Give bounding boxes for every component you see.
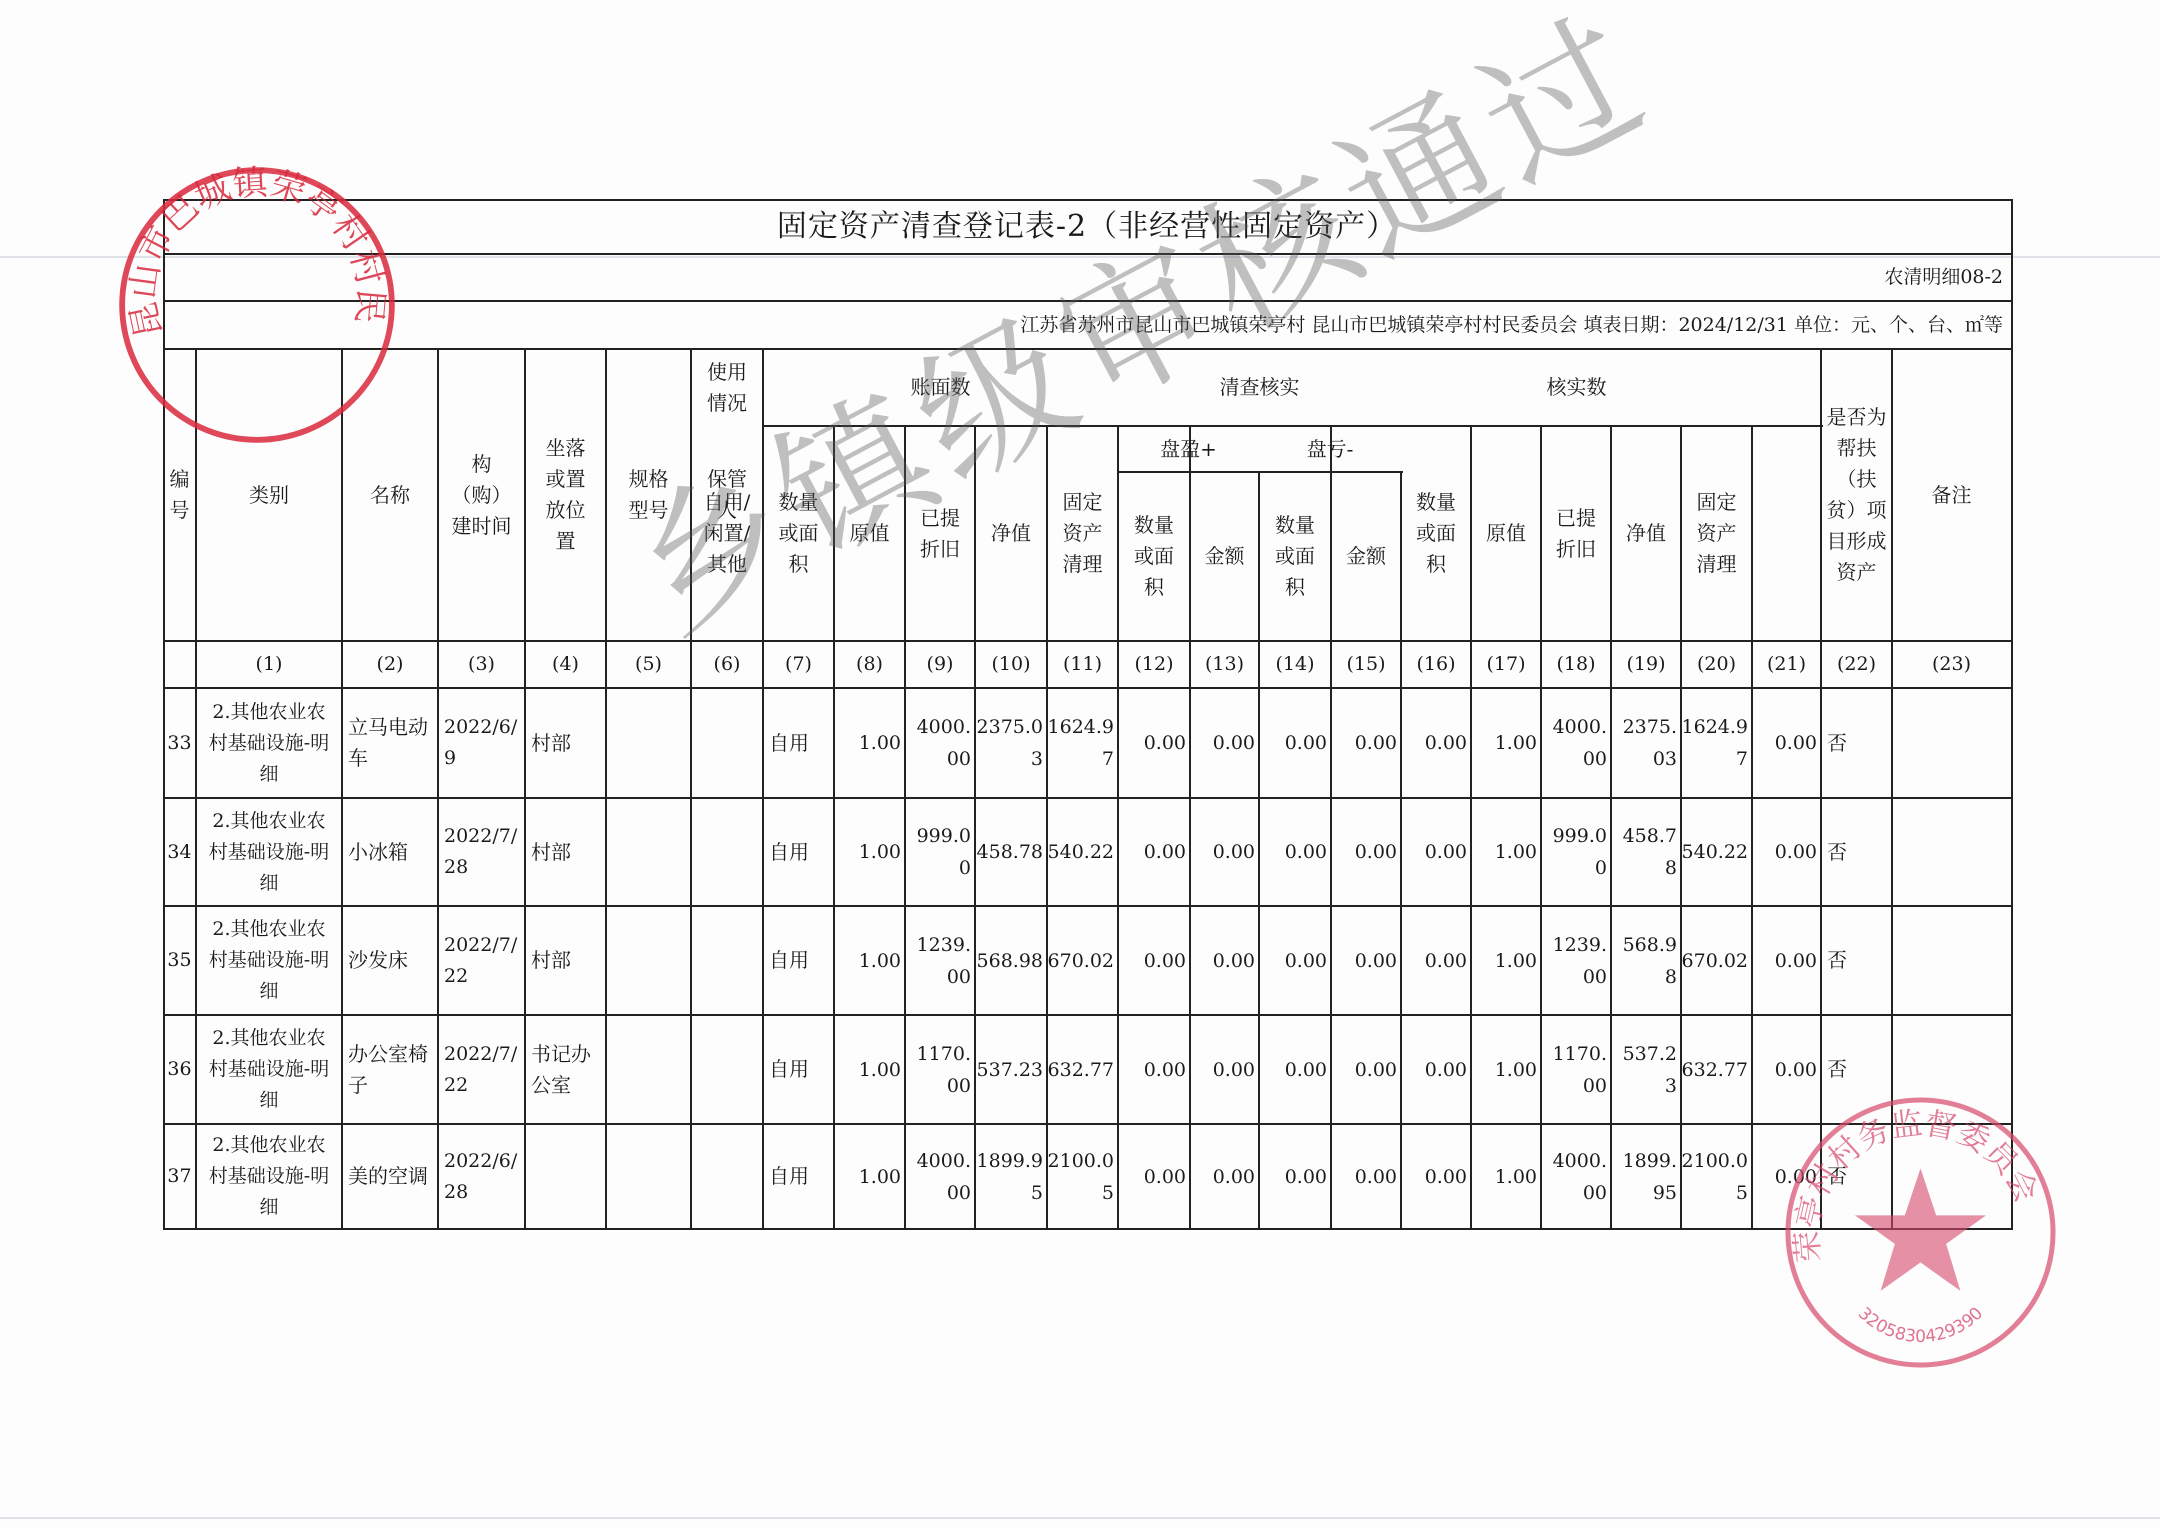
table-row-36-surplus-amt: 0.00 xyxy=(1259,1015,1331,1124)
header-remark: 备注 xyxy=(1892,349,2011,641)
table-row-34-book-net: 540.22 xyxy=(1047,798,1118,906)
header-surplus-group: 盘盈+ xyxy=(1118,426,1259,472)
table-row-35-poverty: 否 xyxy=(1821,906,1892,1015)
table-row-36-number: 36 xyxy=(163,1015,196,1124)
table-row-33-remark xyxy=(1892,688,2011,798)
table-row-36-ver-depr: 537.23 xyxy=(1611,1015,1681,1124)
table-row-36-ver-disposal: 0.00 xyxy=(1752,1015,1821,1124)
table-row-35-surplus-qty: 0.00 xyxy=(1190,906,1259,1015)
table-row-34-location: 村部 xyxy=(525,798,606,906)
table-row-35-book-net: 670.02 xyxy=(1047,906,1118,1015)
sheet-info-line: 江苏省苏州市昆山市巴城镇荣亭村 昆山市巴城镇荣亭村村民委员会 填表日期：2024… xyxy=(163,301,2011,349)
table-row-34-book-depr: 458.78 xyxy=(975,798,1047,906)
table-row-34-ver-qty: 1.00 xyxy=(1471,798,1541,906)
table-row-37-book-depr: 1899.95 xyxy=(975,1124,1047,1229)
table-row-37-ver-depr: 1899.95 xyxy=(1611,1124,1681,1229)
header-original-col9: 原值 xyxy=(834,426,905,641)
header-location: 坐落或置放位置 xyxy=(525,349,606,641)
table-row-34-spec xyxy=(606,798,691,906)
table-row-34-surplus-amt: 0.00 xyxy=(1259,798,1331,906)
table-row-37-poverty: 否 xyxy=(1821,1124,1892,1229)
table-row-37-category: 2.其他农业农村基础设施-明细 xyxy=(196,1124,342,1229)
header-category: 类别 xyxy=(196,349,342,641)
table-row-37-surplus-qty: 0.00 xyxy=(1190,1124,1259,1229)
table-row-34-keeper xyxy=(691,798,763,906)
table-row-36-book-disposal: 0.00 xyxy=(1118,1015,1190,1124)
table-row-33-category: 2.其他农业农村基础设施-明细 xyxy=(196,688,342,798)
header-loss-group: 盘亏- xyxy=(1259,426,1401,472)
column-index: (3) xyxy=(438,641,525,688)
table-row-36-ver-original: 1170.00 xyxy=(1541,1015,1611,1124)
table-row-35-ver-depr: 568.98 xyxy=(1611,906,1681,1015)
column-index: (19) xyxy=(1611,641,1681,688)
table-row-37-book-original: 4000.00 xyxy=(905,1124,975,1229)
table-row-33-build-time: 2022/6/9 xyxy=(438,688,525,798)
header-book-group: 账面数 xyxy=(763,349,1118,426)
table-row-37-loss-qty: 0.00 xyxy=(1331,1124,1401,1229)
table-row-35-ver-qty: 1.00 xyxy=(1471,906,1541,1015)
header-name: 名称 xyxy=(342,349,438,641)
header-depreciation-col19: 已提折旧 xyxy=(1541,426,1611,641)
header-build-time: 构（购）建时间 xyxy=(438,349,525,641)
table-row-36-book-original: 1170.00 xyxy=(905,1015,975,1124)
table-row-33-surplus-amt: 0.00 xyxy=(1259,688,1331,798)
header-amount-col14: 金额 xyxy=(1190,472,1259,641)
header-verified-group: 核实数 xyxy=(1401,349,1752,426)
table-row-33-ver-depr: 2375.03 xyxy=(1611,688,1681,798)
table-row-37-ver-qty: 1.00 xyxy=(1471,1124,1541,1229)
table-row-33-poverty: 否 xyxy=(1821,688,1892,798)
table-row-37-ver-disposal: 0.00 xyxy=(1752,1124,1821,1229)
header-usage-col7: 自用/闲置/其他 xyxy=(691,426,763,641)
column-index: (5) xyxy=(606,641,691,688)
header-amount-col16: 金额 xyxy=(1331,472,1401,641)
table-row-34-remark xyxy=(1892,798,2011,906)
table-row-35-spec xyxy=(606,906,691,1015)
table-row-34-ver-net: 540.22 xyxy=(1681,798,1752,906)
header-poverty: 是否为帮扶（扶贫）项目形成资产 xyxy=(1821,349,1892,641)
table-row-37-build-time: 2022/6/28 xyxy=(438,1124,525,1229)
scan-artifact-line xyxy=(0,1517,2160,1519)
table-row-33-surplus-qty: 0.00 xyxy=(1190,688,1259,798)
table-row-36-name: 办公室椅子 xyxy=(342,1015,438,1124)
column-index: (7) xyxy=(763,641,834,688)
table-row-37-name: 美的空调 xyxy=(342,1124,438,1229)
table-row-35-loss-qty: 0.00 xyxy=(1331,906,1401,1015)
table-row-35-number: 35 xyxy=(163,906,196,1015)
table-row-33-loss-qty: 0.00 xyxy=(1331,688,1401,798)
table-row-33-book-qty: 1.00 xyxy=(834,688,905,798)
header-qty-col13: 数量或面积 xyxy=(1118,472,1190,641)
table-row-33-location: 村部 xyxy=(525,688,606,798)
column-index: (9) xyxy=(905,641,975,688)
table-row-34-ver-original: 999.00 xyxy=(1541,798,1611,906)
table-row-35-book-disposal: 0.00 xyxy=(1118,906,1190,1015)
sheet-title: 固定资产清查登记表-2（非经营性固定资产） xyxy=(163,199,2011,254)
table-row-37-remark xyxy=(1892,1124,2011,1229)
table-row-34-loss-qty: 0.00 xyxy=(1331,798,1401,906)
table-row-34-ver-disposal: 0.00 xyxy=(1752,798,1821,906)
table-row-35-book-qty: 1.00 xyxy=(834,906,905,1015)
table-row-36-category: 2.其他农业农村基础设施-明细 xyxy=(196,1015,342,1124)
column-index: (8) xyxy=(834,641,905,688)
table-row-37-ver-original: 4000.00 xyxy=(1541,1124,1611,1229)
table-row-33-spec xyxy=(606,688,691,798)
table-row-33-book-depr: 2375.03 xyxy=(975,688,1047,798)
table-row-36-usage: 自用 xyxy=(763,1015,834,1124)
table-row-35-build-time: 2022/7/22 xyxy=(438,906,525,1015)
header-net-col20: 净值 xyxy=(1611,426,1681,641)
table-row-35-ver-disposal: 0.00 xyxy=(1752,906,1821,1015)
table-row-37-book-net: 2100.05 xyxy=(1047,1124,1118,1229)
column-index: (21) xyxy=(1752,641,1821,688)
table-row-36-poverty: 否 xyxy=(1821,1015,1892,1124)
column-index: (17) xyxy=(1471,641,1541,688)
header-disposal-col21: 固定资产清理 xyxy=(1681,426,1752,641)
table-row-36-keeper xyxy=(691,1015,763,1124)
table-row-34-usage: 自用 xyxy=(763,798,834,906)
column-index: (2) xyxy=(342,641,438,688)
table-row-35-surplus-amt: 0.00 xyxy=(1259,906,1331,1015)
table-row-37-ver-net: 2100.05 xyxy=(1681,1124,1752,1229)
table-row-33-ver-original: 4000.00 xyxy=(1541,688,1611,798)
header-net-col11: 净值 xyxy=(975,426,1047,641)
header-original-col18: 原值 xyxy=(1471,426,1541,641)
table-row-35-category: 2.其他农业农村基础设施-明细 xyxy=(196,906,342,1015)
table-row-35-loss-amt: 0.00 xyxy=(1401,906,1471,1015)
header-qty-col17: 数量或面积 xyxy=(1401,426,1471,641)
svg-text:3205830429390: 3205830429390 xyxy=(1854,1304,1987,1347)
table-row-34-ver-depr: 458.78 xyxy=(1611,798,1681,906)
header-spec: 规格型号 xyxy=(606,349,691,641)
table-row-33-book-disposal: 0.00 xyxy=(1118,688,1190,798)
table-row-34-category: 2.其他农业农村基础设施-明细 xyxy=(196,798,342,906)
table-row-34-number: 34 xyxy=(163,798,196,906)
table-row-35-ver-original: 1239.00 xyxy=(1541,906,1611,1015)
header-check-group: 清查核实 xyxy=(1118,349,1401,426)
table-row-34-loss-amt: 0.00 xyxy=(1401,798,1471,906)
column-index: (11) xyxy=(1047,641,1118,688)
table-row-35-usage: 自用 xyxy=(763,906,834,1015)
table-row-33-name: 立马电动车 xyxy=(342,688,438,798)
column-index: (4) xyxy=(525,641,606,688)
table-row-33-book-net: 1624.97 xyxy=(1047,688,1118,798)
table-row-35-ver-net: 670.02 xyxy=(1681,906,1752,1015)
table-row-37-usage: 自用 xyxy=(763,1124,834,1229)
table-row-36-spec xyxy=(606,1015,691,1124)
header-qty-col15: 数量或面积 xyxy=(1259,472,1331,641)
table-row-34-book-qty: 1.00 xyxy=(834,798,905,906)
table-row-33-loss-amt: 0.00 xyxy=(1401,688,1471,798)
column-index: (12) xyxy=(1118,641,1190,688)
column-index: (22) xyxy=(1821,641,1892,688)
header-no: 编号 xyxy=(163,349,196,641)
table-row-36-ver-qty: 1.00 xyxy=(1471,1015,1541,1124)
table-row-33-usage: 自用 xyxy=(763,688,834,798)
table-row-36-location: 书记办公室 xyxy=(525,1015,606,1124)
table-row-37-spec xyxy=(606,1124,691,1229)
column-index: (13) xyxy=(1190,641,1259,688)
table-row-33-book-original: 4000.00 xyxy=(905,688,975,798)
table-row-34-build-time: 2022/7/28 xyxy=(438,798,525,906)
table-row-36-build-time: 2022/7/22 xyxy=(438,1015,525,1124)
table-row-37-number: 37 xyxy=(163,1124,196,1229)
form-code: 农清明细08-2 xyxy=(163,254,2011,301)
header-usage-group: 使用情况 xyxy=(691,349,763,426)
column-index: (23) xyxy=(1892,641,2011,688)
table-row-37-book-qty: 1.00 xyxy=(834,1124,905,1229)
table-row-34-book-disposal: 0.00 xyxy=(1118,798,1190,906)
table-row-34-surplus-qty: 0.00 xyxy=(1190,798,1259,906)
column-index: (20) xyxy=(1681,641,1752,688)
table-row-37-surplus-amt: 0.00 xyxy=(1259,1124,1331,1229)
table-row-34-book-original: 999.00 xyxy=(905,798,975,906)
table-row-36-ver-net: 632.77 xyxy=(1681,1015,1752,1124)
header-disposal-col12: 固定资产清理 xyxy=(1047,426,1118,641)
table-row-37-location xyxy=(525,1124,606,1229)
column-index: (10) xyxy=(975,641,1047,688)
table-row-36-loss-qty: 0.00 xyxy=(1331,1015,1401,1124)
table-row-35-remark xyxy=(1892,906,2011,1015)
table-row-36-loss-amt: 0.00 xyxy=(1401,1015,1471,1124)
column-index: (18) xyxy=(1541,641,1611,688)
table-row-35-book-original: 1239.00 xyxy=(905,906,975,1015)
table-row-36-book-net: 632.77 xyxy=(1047,1015,1118,1124)
table-row-36-remark xyxy=(1892,1015,2011,1124)
header-qty-col8: 数量或面积 xyxy=(763,426,834,641)
column-index: (6) xyxy=(691,641,763,688)
table-row-33-ver-net: 1624.97 xyxy=(1681,688,1752,798)
table-row-35-location: 村部 xyxy=(525,906,606,1015)
table-row-34-name: 小冰箱 xyxy=(342,798,438,906)
table-row-37-keeper xyxy=(691,1124,763,1229)
table-row-35-name: 沙发床 xyxy=(342,906,438,1015)
table-row-34-poverty: 否 xyxy=(1821,798,1892,906)
table-row-36-book-qty: 1.00 xyxy=(834,1015,905,1124)
column-index: (15) xyxy=(1331,641,1401,688)
column-index: (16) xyxy=(1401,641,1471,688)
table-row-37-loss-amt: 0.00 xyxy=(1401,1124,1471,1229)
table-row-37-book-disposal: 0.00 xyxy=(1118,1124,1190,1229)
table-row-33-ver-disposal: 0.00 xyxy=(1752,688,1821,798)
table-row-36-book-depr: 537.23 xyxy=(975,1015,1047,1124)
table-row-33-ver-qty: 1.00 xyxy=(1471,688,1541,798)
header-depreciation-col10: 已提折旧 xyxy=(905,426,975,641)
table-row-35-book-depr: 568.98 xyxy=(975,906,1047,1015)
column-index: (14) xyxy=(1259,641,1331,688)
table-row-33-keeper xyxy=(691,688,763,798)
table-row-36-surplus-qty: 0.00 xyxy=(1190,1015,1259,1124)
table-row-33-number: 33 xyxy=(163,688,196,798)
table-row-35-keeper xyxy=(691,906,763,1015)
column-index: (1) xyxy=(196,641,342,688)
